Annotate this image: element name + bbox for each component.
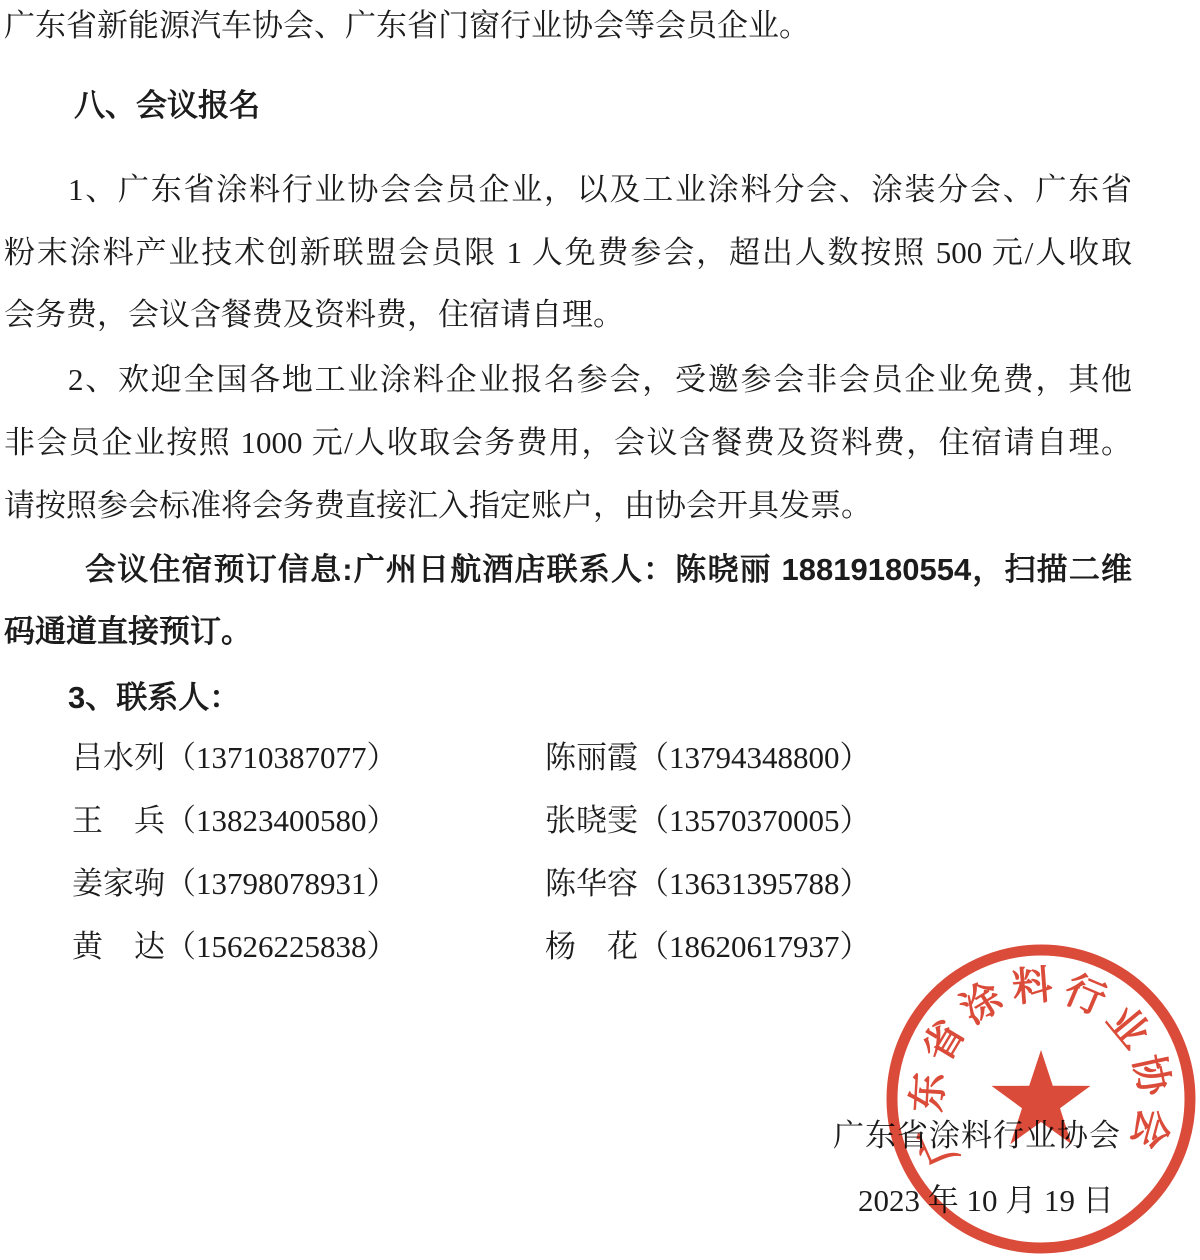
stamp-arc-char: 东	[905, 1071, 952, 1114]
stamp-arc-char: 会	[1123, 1103, 1177, 1153]
stamp-arc-char: 涂	[953, 973, 1011, 1032]
stamp-arc-char: 省	[914, 1012, 973, 1069]
contacts-heading: 3、联系人：	[68, 678, 240, 718]
para-1-line-3: 会务费，会议含餐费及资料费，住宿请自理。	[4, 295, 624, 335]
para-1-line-2: 粉末涂料产业技术创新联盟会员限 1 人免费参会，超出人数按照 500 元/人收取	[4, 233, 1132, 273]
stamp-arc-char: 协	[1125, 1051, 1178, 1102]
stamp-arc-char: 业	[1098, 997, 1158, 1057]
para-2-line-1: 2、欢迎全国各地工业涂料企业报名参会，受邀参会非会员企业免费，其他	[68, 360, 1132, 400]
contact-cell: 黄 达（15626225838）	[72, 927, 398, 967]
hotel-booking-line-2: 码通道直接预订。	[4, 612, 252, 652]
para-2-line-3: 请按照参会标准将会务费直接汇入指定账户，由协会开具发票。	[4, 486, 872, 526]
document-page: 广东省新能源汽车协会、广东省门窗行业协会等会员企业。 八、会议报名 1、广东省涂…	[0, 0, 1200, 1260]
contact-cell: 吕水列（13710387077）	[72, 738, 398, 778]
contact-cell: 张晓雯（13570370005）	[545, 801, 871, 841]
contact-cell: 陈丽霞（13794348800）	[545, 738, 871, 778]
signature-date: 2023 年 10 月 19 日	[858, 1181, 1114, 1221]
signature-org: 广东省涂料行业协会	[833, 1116, 1121, 1156]
contact-cell: 姜家驹（13798078931）	[72, 864, 398, 904]
stamp-arc-char: 行	[1058, 966, 1112, 1023]
section-heading: 八、会议报名	[74, 86, 260, 126]
hotel-booking-line-1: 会议住宿预订信息:广州日航酒店联系人：陈晓丽 18819180554，扫描二维	[85, 550, 1132, 590]
contact-cell: 杨 花（18620617937）	[545, 927, 871, 967]
contact-cell: 王 兵（13823400580）	[72, 801, 398, 841]
para-2-line-2: 非会员企业按照 1000 元/人收取会务费用，会议含餐费及资料费，住宿请自理。	[4, 423, 1132, 463]
stamp-arc-char: 料	[1011, 962, 1054, 1010]
para-1-line-1: 1、广东省涂料行业协会会员企业，以及工业涂料分会、涂装分会、广东省	[68, 170, 1132, 210]
intro-line: 广东省新能源汽车协会、广东省门窗行业协会等会员企业。	[4, 6, 810, 46]
contact-cell: 陈华容（13631395788）	[545, 864, 871, 904]
